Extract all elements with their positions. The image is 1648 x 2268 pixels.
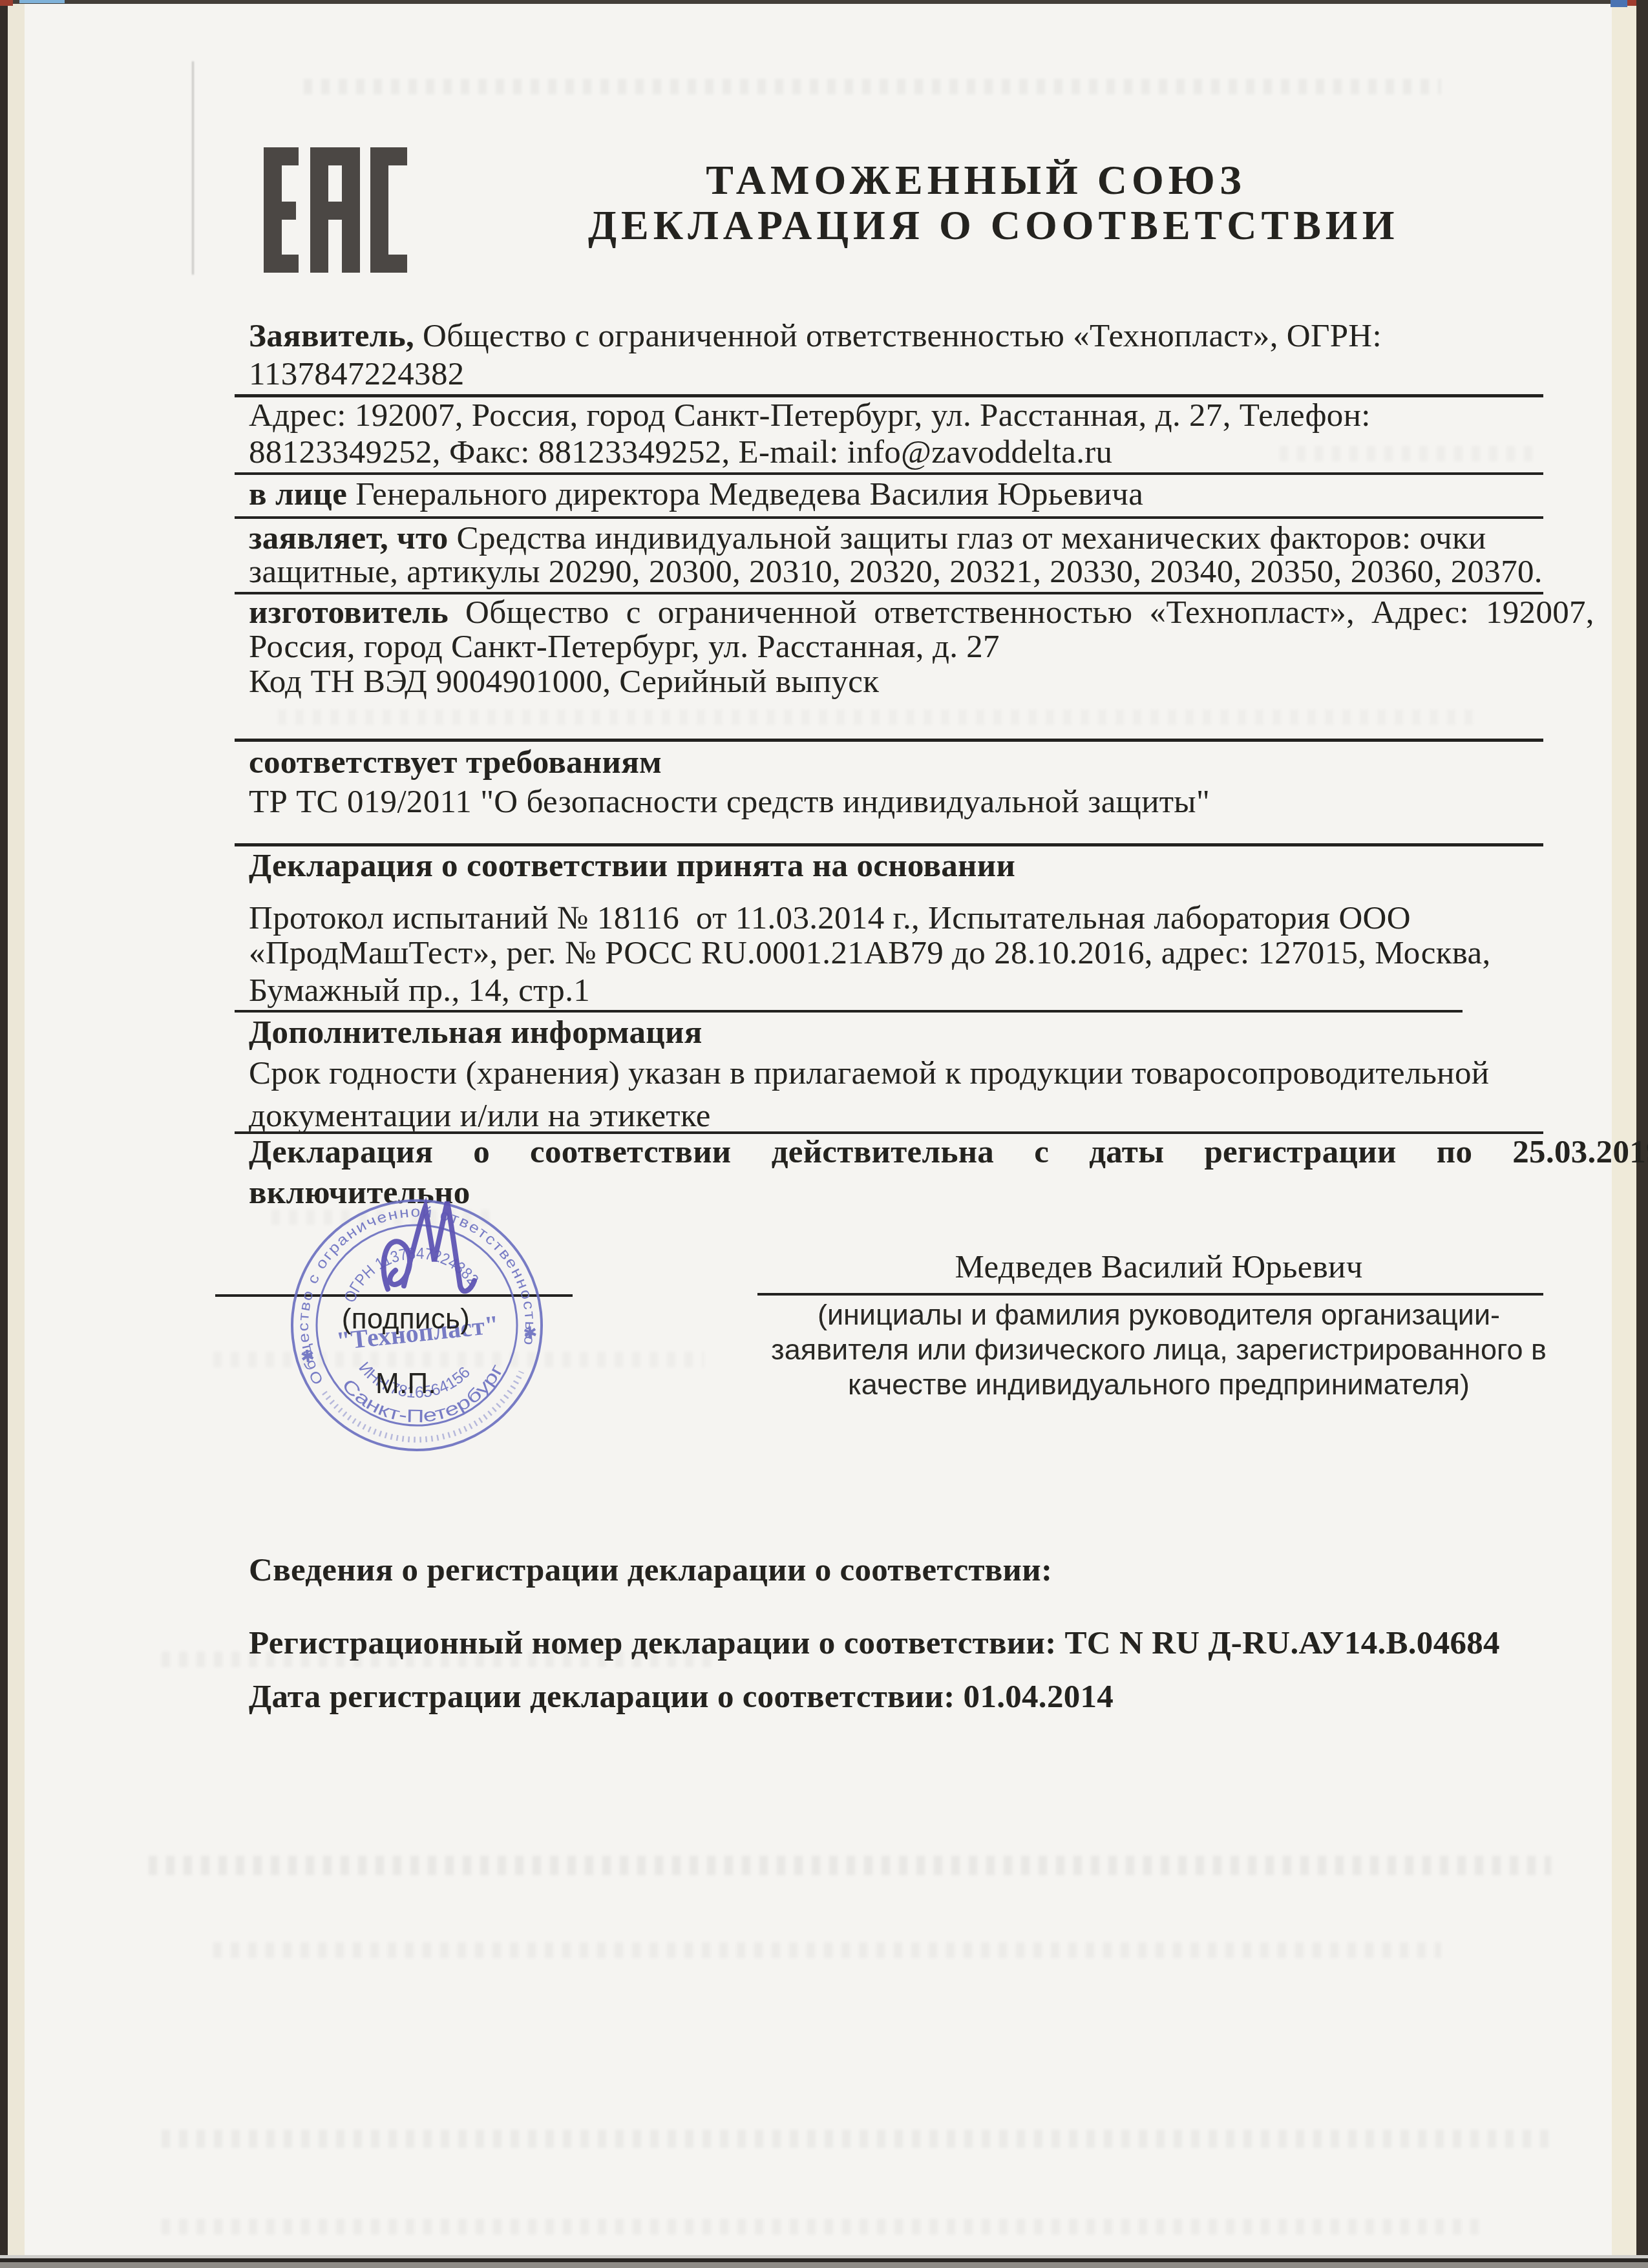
head-caption-line3: качестве индивидуального предпринимателя… — [765, 1370, 1552, 1399]
scan-artifact — [1280, 446, 1538, 461]
person-line: в лице Генерального директора Медведева … — [249, 478, 1143, 511]
seal-abbr: М.П. — [290, 1370, 522, 1398]
address-line2: 88123349252, Факс: 88123349252, E-mail: … — [249, 436, 1112, 469]
address-line1: Адрес: 192007, Россия, город Санкт-Петер… — [249, 399, 1371, 432]
complies-text: ТР ТС 019/2011 "О безопасности средств и… — [249, 786, 1210, 819]
manufacturer-label: изготовитель — [249, 594, 449, 631]
document-title-line2: ДЕКЛАРАЦИЯ О СООТВЕТСТВИИ — [588, 205, 1364, 246]
head-caption-line2: заявителя или физического лица, зарегист… — [765, 1335, 1552, 1364]
paper-crease — [192, 61, 194, 275]
basis-line3: Бумажный пр., 14, стр.1 — [249, 974, 590, 1007]
registration-number-label: Регистрационный номер декларации о соотв… — [249, 1625, 1064, 1661]
document-title-line1: ТАМОЖЕННЫЙ СОЮЗ — [588, 160, 1364, 201]
additional-line1: Срок годности (хранения) указан в прилаг… — [249, 1057, 1489, 1090]
registration-date-line: Дата регистрации декларации о соответств… — [249, 1681, 1114, 1714]
registration-date-value: 01.04.2014 — [964, 1679, 1114, 1715]
manufacturer-line3: Код ТН ВЭД 9004901000, Серийный выпуск — [249, 666, 879, 698]
applicant-label: Заявитель, — [249, 318, 414, 354]
applicant-text: Общество с ограниченной ответственностью… — [414, 318, 1382, 354]
scan-artifact — [278, 709, 1474, 725]
stamp-star-left: ✱ — [299, 1346, 315, 1367]
scanned-declaration-page: ТАМОЖЕННЫЙ СОЮЗ ДЕКЛАРАЦИЯ О СООТВЕТСТВИ… — [0, 0, 1648, 2268]
person-label: в лице — [249, 476, 347, 512]
field-rule — [235, 516, 1543, 519]
manufacturer-line1: изготовитель Общество с ограниченной отв… — [249, 596, 1594, 629]
scan-artifact — [149, 1856, 1551, 1875]
scan-artifact — [162, 2219, 1486, 2234]
person-text: Генерального директора Медведева Василия… — [347, 476, 1143, 512]
applicant-ogrn: 1137847224382 — [249, 358, 465, 391]
validity-text: действительна с даты регистрации по 25.0… — [732, 1134, 1648, 1170]
manufacturer-line2: Россия, город Санкт-Петербург, ул. Расст… — [249, 631, 1000, 664]
scan-artifact — [213, 1942, 1441, 1958]
head-name: Медведев Василий Юрьевич — [765, 1251, 1552, 1284]
scan-edge-top-right-blue — [1611, 0, 1627, 7]
validity-label: Декларация о соответствии — [249, 1134, 732, 1170]
section-rule — [235, 739, 1543, 742]
declares-line2: защитные, артикулы 20290, 20300, 20310, … — [249, 556, 1543, 589]
sign-caption: (подпись) — [290, 1305, 522, 1334]
head-caption-line1: (инициалы и фамилия руководителя организ… — [765, 1300, 1552, 1329]
scan-edge-top — [0, 0, 1648, 4]
scan-edge-left-dark — [0, 0, 8, 2268]
declares-label: заявляет, что — [249, 520, 449, 556]
eac-logo — [264, 147, 407, 273]
scan-edge-right-cream — [1612, 0, 1636, 2259]
field-rule — [235, 472, 1543, 475]
scan-artifact — [304, 79, 1441, 94]
section-rule — [235, 843, 1543, 846]
scan-edge-top-left-red — [0, 0, 13, 6]
field-rule — [235, 1010, 1463, 1013]
scan-edge-left-cream — [8, 0, 25, 2259]
basis-heading: Декларация о соответствии принята на осн… — [249, 850, 1015, 883]
signature-line-right — [757, 1293, 1543, 1296]
basis-line1: Протокол испытаний № 18116 от 11.03.2014… — [249, 902, 1411, 935]
registration-number-value: ТС N RU Д-RU.АУ14.В.04684 — [1064, 1625, 1499, 1661]
complies-heading: соответствует требованиям — [249, 746, 662, 779]
basis-line2: «ПродМашТест», рег. № РОСС RU.0001.21АВ7… — [249, 937, 1490, 970]
validity-line1: Декларация о соответствии действительна … — [249, 1136, 1648, 1169]
additional-line2: документации и/или на этикетке — [249, 1100, 711, 1133]
scan-edge-top-blue — [19, 0, 65, 3]
scan-edge-bottom-gray — [0, 2262, 1648, 2268]
applicant-line1: Заявитель, Общество с ограниченной ответ… — [249, 320, 1382, 353]
handwritten-signature — [336, 1176, 569, 1312]
stamp-star-right: ✱ — [522, 1323, 538, 1343]
registration-heading: Сведения о регистрации декларации о соот… — [249, 1554, 1052, 1587]
declares-text: Средства индивидуальной защиты глаз от м… — [449, 520, 1486, 556]
additional-heading: Дополнительная информация — [249, 1016, 703, 1049]
registration-number-line: Регистрационный номер декларации о соотв… — [249, 1627, 1500, 1660]
manufacturer-text: Общество с ограниченной ответственностью… — [449, 594, 1594, 631]
declares-line1: заявляет, что Средства индивидуальной за… — [249, 522, 1486, 555]
registration-date-label: Дата регистрации декларации о соответств… — [249, 1679, 964, 1715]
scan-artifact — [162, 2130, 1558, 2148]
